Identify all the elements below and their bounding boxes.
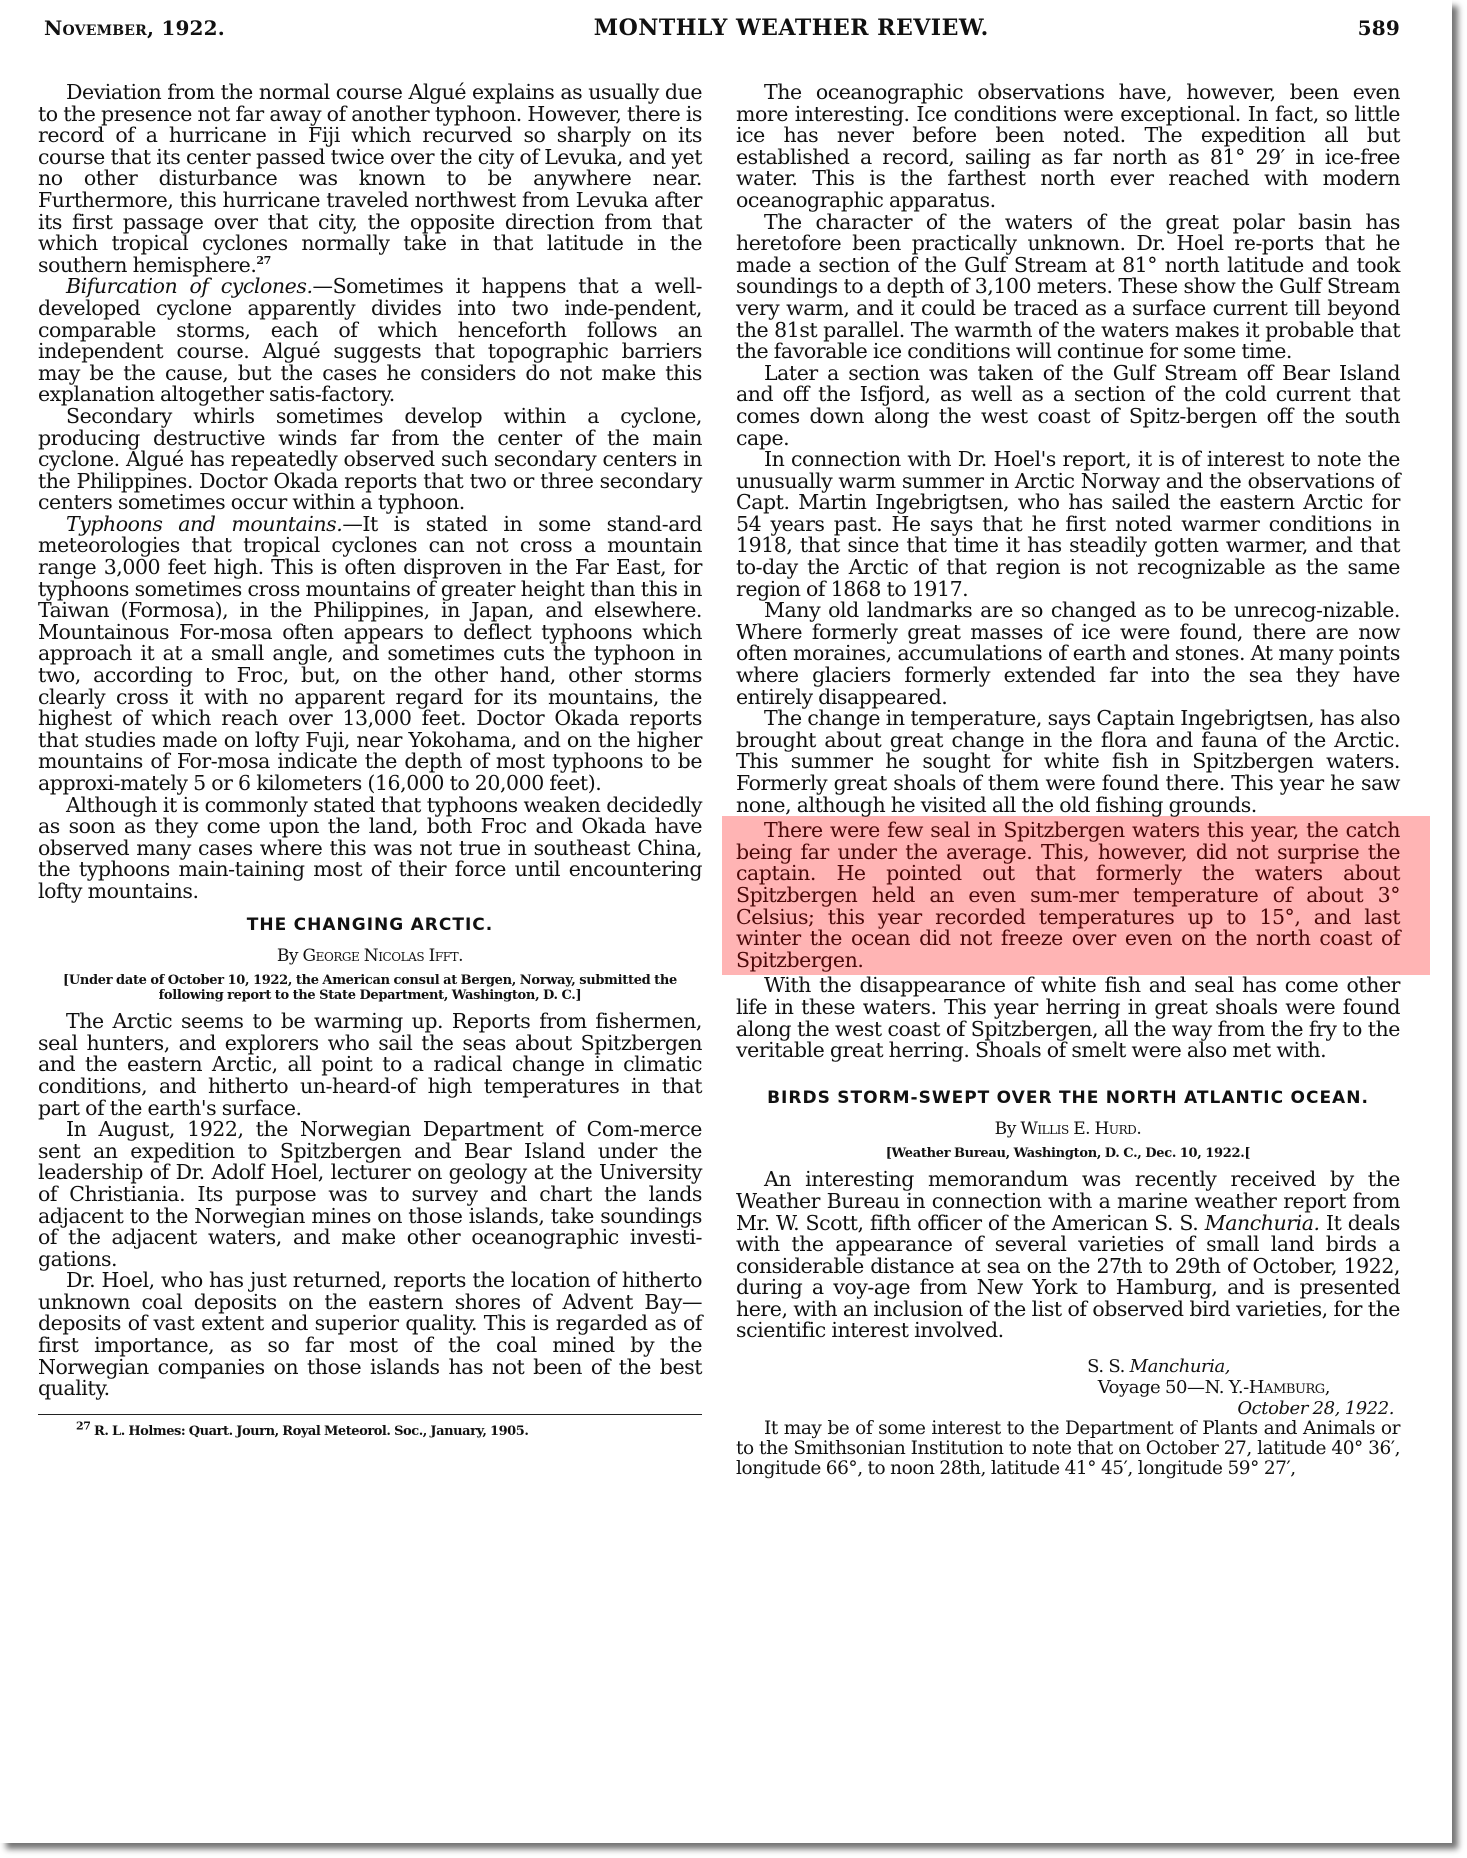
paragraph-oceanographic: The oceanographic observations have, how… (736, 82, 1400, 212)
paragraph-expedition: In August, 1922, the Norwegian Departmen… (38, 1119, 702, 1270)
paragraph-flora-fauna: The change in temperature, says Captain … (736, 708, 1400, 816)
section-heading-typhoons: Typhoons and mountains. (66, 512, 342, 536)
paragraph-deviation: Deviation from the normal course Algué e… (38, 82, 702, 276)
running-header: November, 1922. MONTHLY WEATHER REVIEW. … (44, 10, 1400, 46)
article-byline: By George Nicolas Ifft. (38, 946, 702, 968)
section-heading-bifurcation: Bifurcation of cyclones. (66, 274, 313, 298)
paragraph-herring: With the disappearance of white fish and… (736, 975, 1400, 1061)
paragraph-bifurcation: Bifurcation of cyclones.—Sometimes it ha… (38, 276, 702, 406)
paragraph-arctic-warming: The Arctic seems to be warming up. Repor… (38, 1011, 702, 1119)
ship-name: Manchuria. (1205, 1211, 1320, 1235)
paragraph-although: Although it is commonly stated that typh… (38, 795, 702, 903)
signature-date: October 28, 1922. (736, 1398, 1400, 1419)
article-dateline: [Under date of October 10, 1922, the Ame… (38, 973, 702, 1003)
author-name-birds: Willis E. Hurd. (1020, 1119, 1141, 1139)
article-dateline-birds: [Weather Bureau, Washington, D. C., Dec.… (736, 1146, 1400, 1161)
footnote-ref: 27 (256, 254, 270, 267)
paragraph-typhoons-mountains: Typhoons and mountains.—It is stated in … (38, 514, 702, 795)
page-number: 589 (1358, 16, 1400, 40)
right-column: The oceanographic observations have, how… (736, 82, 1400, 1479)
journal-page: November, 1922. MONTHLY WEATHER REVIEW. … (0, 0, 1452, 1843)
issue-date: November, 1922. (44, 16, 225, 40)
highlighted-passage: There were few seal in Spitzbergen water… (722, 816, 1430, 975)
paragraph-polar-basin: The character of the waters of the great… (736, 212, 1400, 363)
paragraph-landmarks: Many old landmarks are so changed as to … (736, 600, 1400, 708)
author-name: George Nicolas Ifft. (303, 946, 464, 966)
paragraph-ingebrigtsen: In connection with Dr. Hoel's report, it… (736, 449, 1400, 600)
footnote: 27 R. L. Holmes: Quart. Journ, Royal Met… (38, 1421, 702, 1443)
article-title-birds: BIRDS STORM-SWEPT OVER THE NORTH ATLANTI… (736, 1088, 1400, 1109)
paragraph-bear-island: Later a section was taken of the Gulf St… (736, 363, 1400, 449)
paragraph-coal-deposits: Dr. Hoel, who has just returned, reports… (38, 1270, 702, 1400)
signature-ship: S. S. Manchuria, (736, 1356, 1400, 1377)
signature-voyage: Voyage 50—N. Y.-Hamburg, (736, 1377, 1400, 1398)
article-title-changing-arctic: THE CHANGING ARCTIC. (38, 915, 702, 936)
paragraph-letter-body: It may be of some interest to the Depart… (736, 1419, 1400, 1479)
left-column: Deviation from the normal course Algué e… (38, 82, 702, 1442)
article-byline-birds: By Willis E. Hurd. (736, 1119, 1400, 1141)
paragraph-seal-catch: There were few seal in Spitzbergen water… (736, 820, 1400, 971)
paragraph-secondary-whirls: Secondary whirls sometimes develop withi… (38, 406, 702, 514)
paragraph-memorandum: An interesting memorandum was recently r… (736, 1169, 1400, 1342)
journal-title: MONTHLY WEATHER REVIEW. (594, 15, 989, 41)
footnote-divider (38, 1414, 702, 1415)
